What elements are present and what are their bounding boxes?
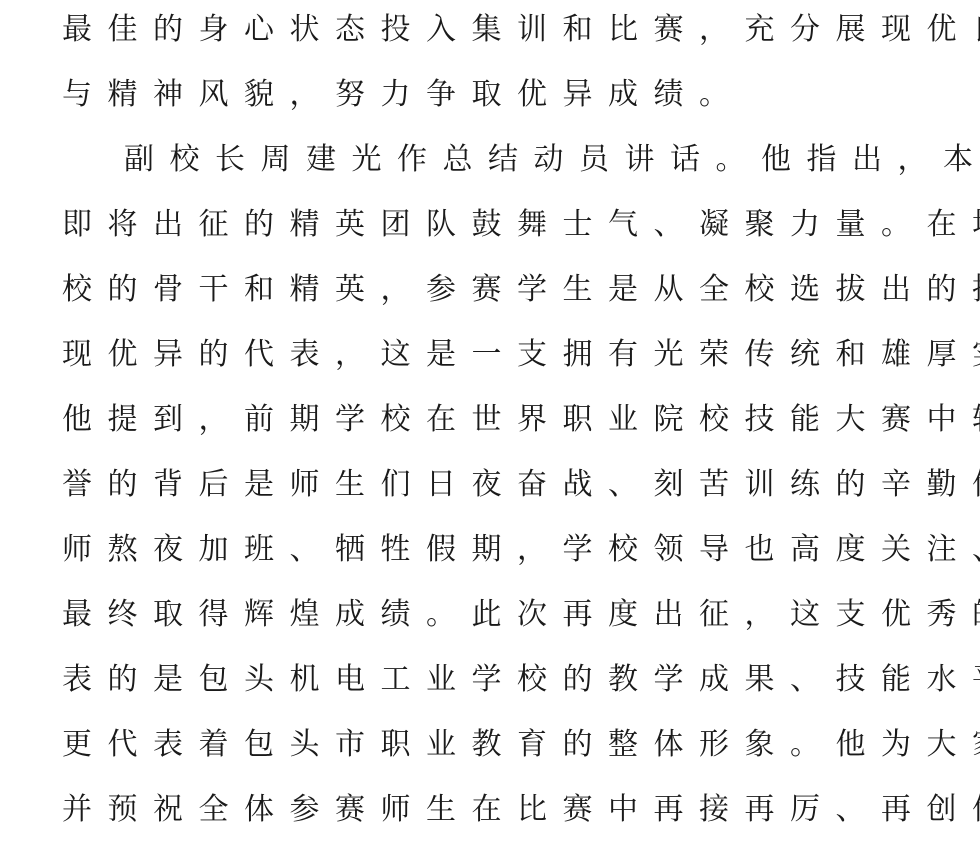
text-line-4: 即将出征的精英团队鼓舞士气、凝聚力量。在场的教师是学 <box>62 205 980 245</box>
text-line-6: 现优异的代表，这是一支拥有光荣传统和雄厚实力的团队。 <box>62 335 980 375</box>
text-line-2: 与精神风貌，努力争取优异成绩。 <box>62 75 745 115</box>
paragraph-start-line: 副校长周建光作总结动员讲话。他指出，本次会议是为 <box>124 140 980 180</box>
text-line-12: 更代表着包头市职业教育的整体形象。他为大家感到骄傲， <box>62 725 980 765</box>
text-line-9: 师熬夜加班、牺牲假期，学校领导也高度关注、亲自指导， <box>62 530 980 570</box>
text-line-13: 并预祝全体参赛师生在比赛中再接再厉、再创佳绩。 <box>62 790 980 830</box>
text-line-1: 最佳的身心状态投入集训和比赛，充分展现优良的技能素养 <box>62 10 980 50</box>
text-line-11: 表的是包头机电工业学校的教学成果、技能水平和发展成就， <box>62 660 980 700</box>
text-line-10: 最终取得辉煌成绩。此次再度出征，这支优秀的师生团队代 <box>62 595 980 635</box>
text-line-5: 校的骨干和精英，参赛学生是从全校选拔出的技能出众、表 <box>62 270 980 310</box>
text-line-7: 他提到，前期学校在世界职业院校技能大赛中斩获金牌，荣 <box>62 400 980 440</box>
text-line-8: 誉的背后是师生们日夜奋战、刻苦训练的辛勤付出，许多教 <box>62 465 980 505</box>
